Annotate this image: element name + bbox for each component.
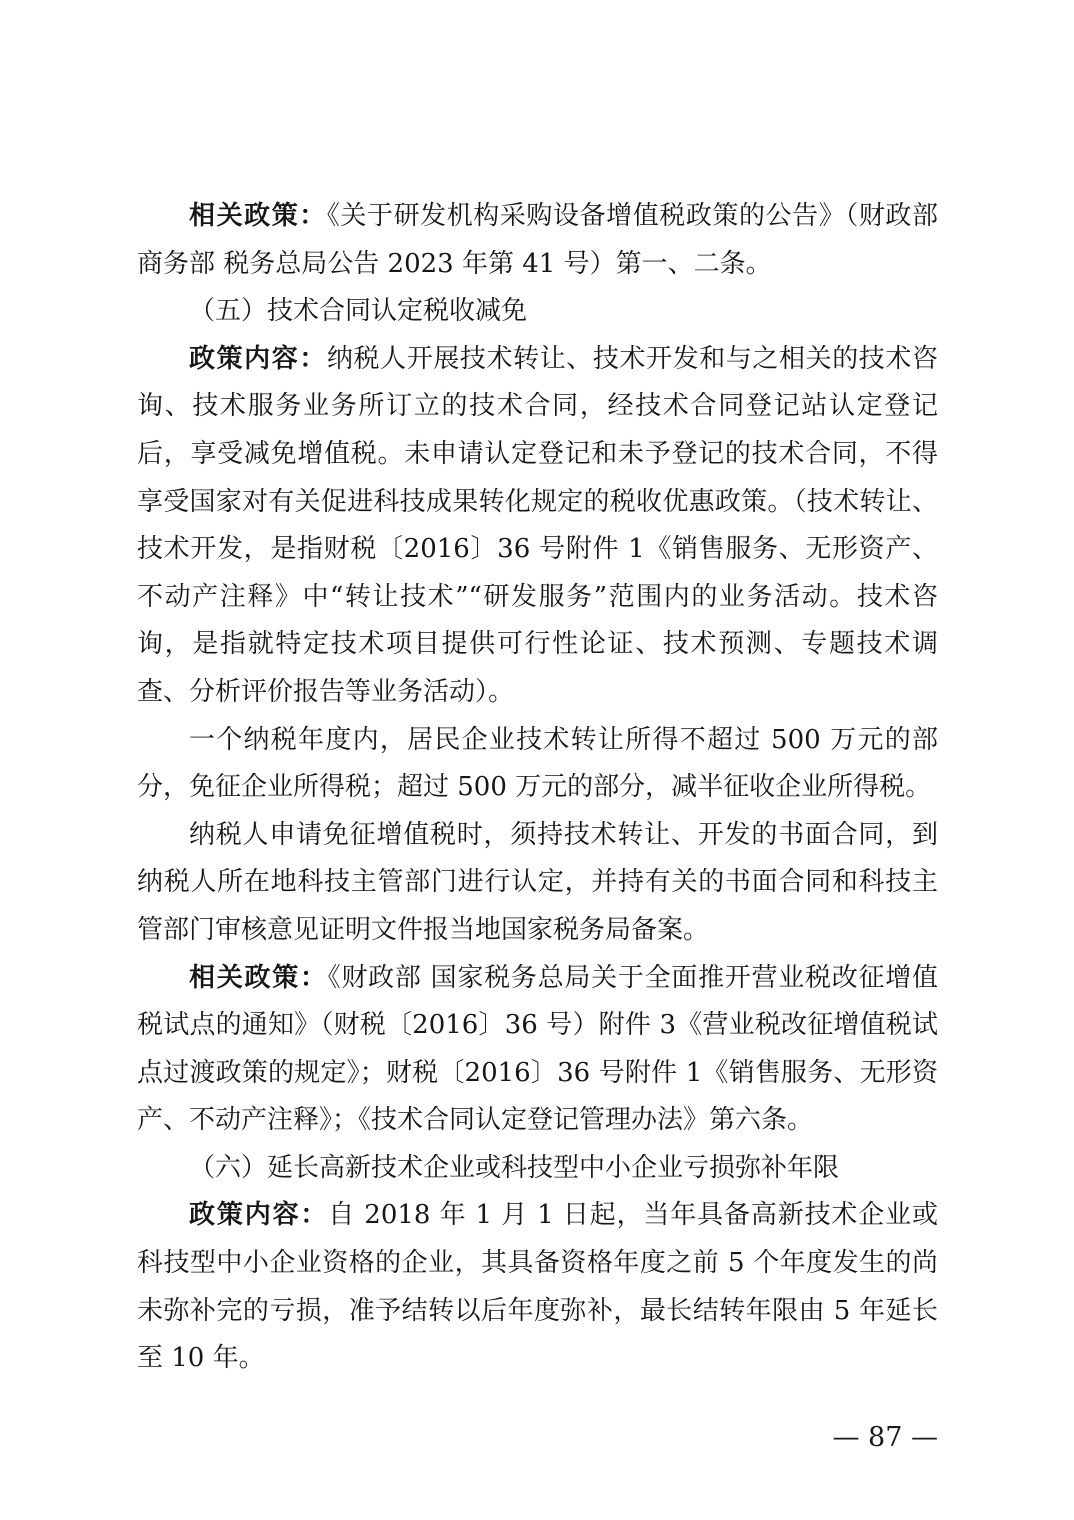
paragraph-text: 纳税人开展技术转让、技术开发和与之相关的技术咨询、技术服务业务所订立的技术合同，… bbox=[137, 344, 938, 707]
paragraph-label: 政策内容： bbox=[189, 1200, 328, 1230]
section-heading: （五）技术合同认定税收减免 bbox=[137, 288, 938, 336]
document-page: 相关政策：《关于研发机构采购设备增值税政策的公告》（财政部 商务部 税务总局公告… bbox=[0, 0, 1074, 1520]
body-paragraph: 一个纳税年度内，居民企业技术转让所得不超过 500 万元的部分，免征企业所得税；… bbox=[137, 717, 938, 812]
section-heading: （六）延长高新技术企业或科技型中小企业亏损弥补年限 bbox=[137, 1145, 938, 1193]
body-paragraph: 相关政策：《财政部 国家税务总局关于全面推开营业税改征增值税试点的通知》（财税〔… bbox=[137, 955, 938, 1145]
paragraph-label: 相关政策： bbox=[189, 963, 328, 993]
paragraph-text: （五）技术合同认定税收减免 bbox=[189, 296, 527, 326]
document-content: 相关政策：《关于研发机构采购设备增值税政策的公告》（财政部 商务部 税务总局公告… bbox=[137, 193, 938, 1383]
body-paragraph: 纳税人申请免征增值税时，须持技术转让、开发的书面合同，到纳税人所在地科技主管部门… bbox=[137, 812, 938, 955]
page-number: — 87 — bbox=[832, 1422, 938, 1453]
paragraph-text: 纳税人申请免征增值税时，须持技术转让、开发的书面合同，到纳税人所在地科技主管部门… bbox=[137, 820, 938, 945]
paragraph-text: 一个纳税年度内，居民企业技术转让所得不超过 500 万元的部分，免征企业所得税；… bbox=[137, 725, 938, 803]
paragraph-label: 相关政策： bbox=[189, 201, 327, 231]
body-paragraph: 相关政策：《关于研发机构采购设备增值税政策的公告》（财政部 商务部 税务总局公告… bbox=[137, 193, 938, 288]
paragraph-text: （六）延长高新技术企业或科技型中小企业亏损弥补年限 bbox=[189, 1153, 839, 1183]
paragraph-label: 政策内容： bbox=[189, 344, 327, 374]
body-paragraph: 政策内容：自 2018 年 1 月 1 日起，当年具备高新技术企业或科技型中小企… bbox=[137, 1192, 938, 1382]
body-paragraph: 政策内容：纳税人开展技术转让、技术开发和与之相关的技术咨询、技术服务业务所订立的… bbox=[137, 336, 938, 717]
page-footer: — 87 — bbox=[137, 1421, 938, 1455]
